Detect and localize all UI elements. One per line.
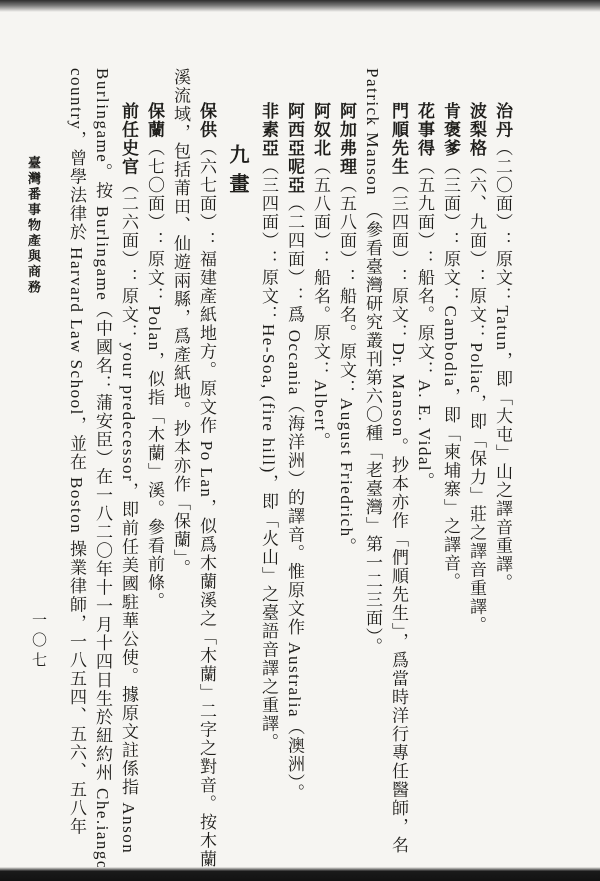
entry-headword: 阿奴北 [311,102,330,158]
page-number: 一〇七 [28,612,49,672]
glossary-entry: 阿加弗理（五八面）：船名。原文：August Friedrich。 [333,68,359,820]
glossary-entry: 保蘭（七〇面）：原文：Polan，似指「木蘭」溪。參看前條。 [141,68,167,820]
section-header-text: 九畫 [226,144,248,202]
continuation-text: country，曾學法律於 Harvard Law School，並在 Bost… [67,68,86,836]
glossary-entry: 波梨格（六、九面）：原文：Poliac，即「保力」莊之譯音重譯。 [463,68,489,820]
entry-body: （五九面）：船名。原文：A. E. Vidal。 [415,158,434,491]
entry-body: （三四面）：原文：Dr. Manson。抄本亦作「們順先生」，爲當時洋行專任醫師… [389,176,408,855]
continuation-text: Patrick Manson （參看臺灣研究叢刊第六〇種「老臺灣」第一二三面）。 [363,68,382,656]
glossary-entry: 治丹（二〇面）：原文：Tatun，即「大屯」山之譯音重譯。 [489,68,515,820]
glossary-entry: 阿西亞呢亞（二四面）：爲 Occania（海洋洲）的譯音。惟原文作 Austra… [281,68,307,820]
glossary-continuation-line: country，曾學法律於 Harvard Law School，並在 Bost… [63,68,89,820]
entry-body: （二六面）：原文：your predecessor，即前任美國駐華公使。據原文註… [119,176,138,854]
glossary-continuation-line: 溪流域，包括莆田、仙遊兩縣，爲產紙地。抄本亦作「保蘭」。 [167,68,193,820]
entry-headword: 肯褒爹 [441,102,460,158]
entry-headword: 治丹 [493,102,512,139]
scan-edge-bottom [0,867,600,881]
entry-body: （二四面）：爲 Occania（海洋洲）的譯音。惟原文作 Australia（澳… [285,195,304,803]
glossary-entry: 前任史官（二六面）：原文：your predecessor，即前任美國駐華公使。… [115,68,141,820]
section-header-nine-strokes: 九畫 [224,68,250,820]
entry-headword: 門順先生 [389,102,408,176]
entry-headword: 阿加弗理 [337,102,356,176]
entry-headword: 非素亞 [259,102,278,158]
glossary-entry: 保供（六七面）：福建產紙地方。原文作 Po Lan，似爲木蘭溪之「木蘭」二字之對… [193,68,219,820]
continuation-text: 溪流域，包括莆田、仙遊兩縣，爲產紙地。抄本亦作「保蘭」。 [171,68,190,578]
entry-body: （七〇面）：原文：Polan，似指「木蘭」溪。參看前條。 [145,139,164,611]
scanned-book-page: 治丹（二〇面）：原文：Tatun，即「大屯」山之譯音重譯。 波梨格（六、九面）：… [0,0,600,881]
glossary-text-block: 治丹（二〇面）：原文：Tatun，即「大屯」山之譯音重譯。 波梨格（六、九面）：… [63,68,515,820]
entry-headword: 保供 [197,102,216,139]
glossary-continuation-line: Burlingame。按 Burlingame（中國名：蒲安臣）在一八二〇年十一… [89,68,115,820]
glossary-entry: 花事得（五九面）：船名。原文：A. E. Vidal。 [411,68,437,820]
entry-body: （六七面）：福建產紙地方。原文作 Po Lan，似爲木蘭溪之「木蘭」二字之對音。… [197,139,216,868]
book-running-title: 臺灣番事物產與商務 [24,156,43,296]
entry-body: （五八面）：船名。原文：August Friedrich。 [337,176,356,556]
glossary-entry: 非素亞（三四面）：原文：He-Soa, (fire hill)，即「火山」之臺語… [255,68,281,820]
glossary-continuation-line: Patrick Manson （參看臺灣研究叢刊第六〇種「老臺灣」第一二三面）。 [359,68,385,820]
entry-headword: 花事得 [415,102,434,158]
continuation-text: Burlingame。按 Burlingame（中國名：蒲安臣）在一八二〇年十一… [93,68,112,871]
entry-body: （二〇面）：原文：Tatun，即「大屯」山之譯音重譯。 [493,139,512,592]
entry-headword: 前任史官 [119,102,138,176]
entry-body: （三四面）：原文：He-Soa, (fire hill)，即「火山」之臺語音譯之… [259,158,278,752]
entry-body: （三面）：原文：Cambodia，即「柬埔寨」之譯音。 [441,158,460,591]
entry-headword: 阿西亞呢亞 [285,102,304,195]
entry-body: （六、九面）：原文：Poliac，即「保力」莊之譯音重譯。 [467,158,486,635]
entry-headword: 保蘭 [145,102,164,139]
entry-headword: 波梨格 [467,102,486,158]
scan-edge-top [0,0,600,12]
entry-body: （五八面）：船名。原文：Albert。 [311,158,330,451]
glossary-entry: 肯褒爹（三面）：原文：Cambodia，即「柬埔寨」之譯音。 [437,68,463,820]
glossary-entry: 門順先生（三四面）：原文：Dr. Manson。抄本亦作「們順先生」，爲當時洋行… [385,68,411,820]
glossary-entry: 阿奴北（五八面）：船名。原文：Albert。 [307,68,333,820]
